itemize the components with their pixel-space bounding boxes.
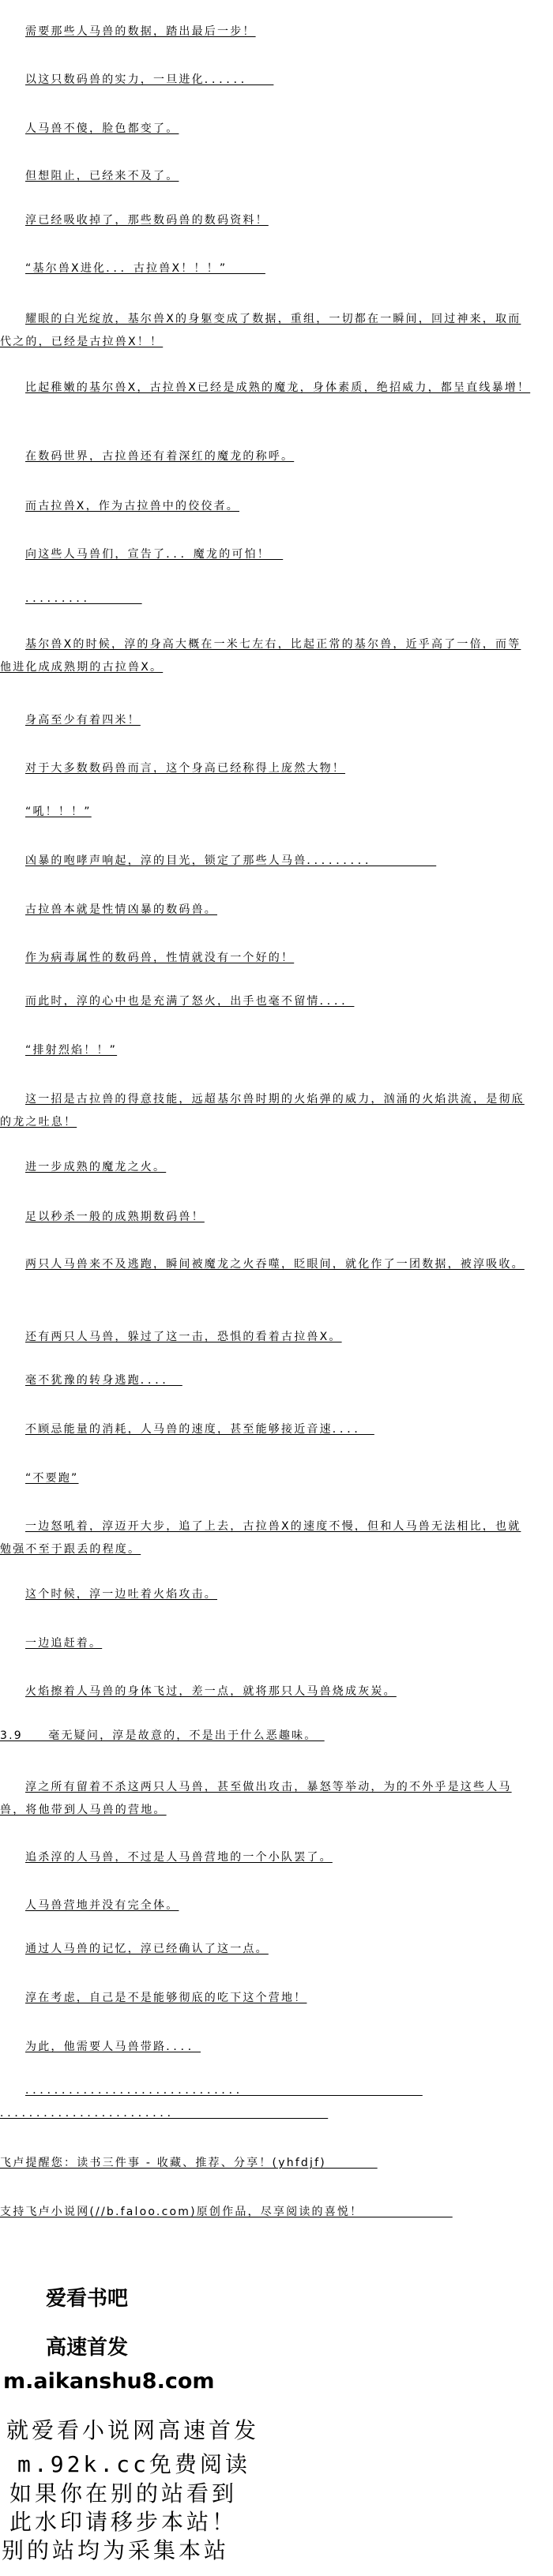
promo-site-name: 爱看书吧 [46,2282,128,2311]
paragraph: 在数码世界，古拉兽还有着深红的魔龙的称呼。 [0,445,531,468]
paragraph: 进一步成熟的魔龙之火。 [0,1156,531,1179]
paragraph: 两只人马兽来不及逃跑，瞬间被魔龙之火吞噬，眨眼间，就化作了一团数据，被淳吸收。 [0,1253,531,1276]
paragraph: 而此时，淳的心中也是充满了怒火，出手也毫不留情．．．． [0,990,531,1013]
paragraph: 作为病毒属性的数码兽，性情就没有一个好的！ [0,947,531,970]
paragraph: 古拉兽本就是性情凶暴的数码兽。 [0,899,531,922]
promo-url[interactable]: m.aikanshu8.com [3,2369,215,2394]
paragraph: 这一招是古拉兽的得意技能，远超基尔兽时期的火焰弹的威力，汹涌的火焰洪流，是彻底的… [0,1088,531,1134]
paragraph: 需要那些人马兽的数据，踏出最后一步！ [0,21,531,43]
paragraph: 为此，他需要人马兽带路．．．． [0,2036,531,2059]
paragraph: 淳之所有留着不杀这两只人马兽，甚至做出攻击，暴怒等举动，为的不外乎是这些人马兽，… [0,1776,531,1822]
paragraph: 飞卢提醒您：读书三件事 - 收藏、推荐、分享！(yhfdjf) [0,2152,531,2175]
paragraph: 人马兽营地并没有完全体。 [0,1894,531,1917]
paragraph: 淳已经吸收掉了，那些数码兽的数码资料！ [0,209,531,232]
paragraph: “吼！！！” [0,801,531,824]
paragraph: 淳在考虑，自己是不是能够彻底的吃下这个营地！ [0,1987,531,2010]
paragraph: “基尔兽X进化．．．古拉兽X！！！” [0,257,531,280]
paragraph: 3.9 毫无疑问，淳是故意的，不是出于什么恶趣味。 [0,1725,531,1748]
watermark-line-2: m.92k.cc免费阅读 [17,2450,250,2479]
paragraph: 通过人马兽的记忆，淳已经确认了这一点。 [0,1938,531,1961]
paragraph: 向这些人马兽们，宣告了．．．魔龙的可怕！ [0,543,531,566]
paragraph: 还有两只人马兽，躲过了这一击，恐惧的看着古拉兽X。 [0,1326,531,1349]
paragraph: 比起稚嫩的基尔兽X，古拉兽X已经是成熟的魔龙，身体素质，绝招威力，都呈直线暴增！ [0,377,531,400]
paragraph: 身高至少有着四米！ [0,709,531,732]
paragraph: 不顾忌能量的消耗，人马兽的速度，甚至能够接近音速．．．． [0,1418,531,1441]
paragraph: 追杀淳的人马兽，不过是人马兽营地的一个小队罢了。 [0,1846,531,1869]
paragraph: 基尔兽X的时候，淳的身高大概在一米七左右，比起正常的基尔兽，近乎高了一倍，而等他… [0,633,531,679]
watermark-line-3: 如果你在别的站看到 [9,2480,237,2508]
paragraph: “不要跑” [0,1467,531,1490]
paragraph: 以这只数码兽的实力，一旦进化．．．．．． [0,69,531,92]
paragraph: 对于大多数数码兽而言，这个身高已经称得上庞然大物！ [0,757,531,780]
paragraph: 但想阻止，已经来不及了。 [0,165,531,188]
paragraph: 凶暴的咆哮声响起，淳的目光，锁定了那些人马兽．．．．．．．．． [0,850,531,873]
paragraph: 人马兽不傻，脸色都变了。 [0,118,531,141]
watermark-line-1: 就爱看小说网高速首发 [6,2416,259,2445]
paragraph: 足以秒杀一般的成熟期数码兽！ [0,1206,531,1229]
paragraph: 毫不犹豫的转身逃跑．．．． [0,1369,531,1392]
watermark-line-5: 别的站均为采集本站 [2,2537,229,2565]
paragraph: 耀眼的白光绽放，基尔兽X的身躯变成了数据，重组，一切都在一瞬间，回过神来，取而代… [0,308,531,354]
paragraph: 支持飞卢小说网(//b.faloo.com)原创作品，尽享阅读的喜悦！ [0,2201,531,2224]
paragraph: 而古拉兽X，作为古拉兽中的佼佼者。 [0,495,531,518]
watermark-line-4: 此水印请移步本站！ [9,2508,237,2537]
paragraph: 火焰擦着人马兽的身体飞过，差一点，就将那只人马兽烧成灰炭。 [0,1680,531,1703]
paragraph: ．．．．．．．．． [0,588,531,610]
paragraph: 一边追赶着。 [0,1632,531,1655]
paragraph: ．．．．．．．．．．．．．．．．．．．．．．．．．．．．．． ．．．．．．．．．… [0,2079,531,2125]
promo-tagline: 高速首发 [46,2331,128,2360]
paragraph: 这个时候，淳一边吐着火焰攻击。 [0,1583,531,1606]
paragraph: 一边怒吼着，淳迈开大步，追了上去，古拉兽X的速度不慢，但和人马兽无法相比，也就勉… [0,1515,531,1561]
paragraph: “排射烈焰！！” [0,1039,531,1062]
